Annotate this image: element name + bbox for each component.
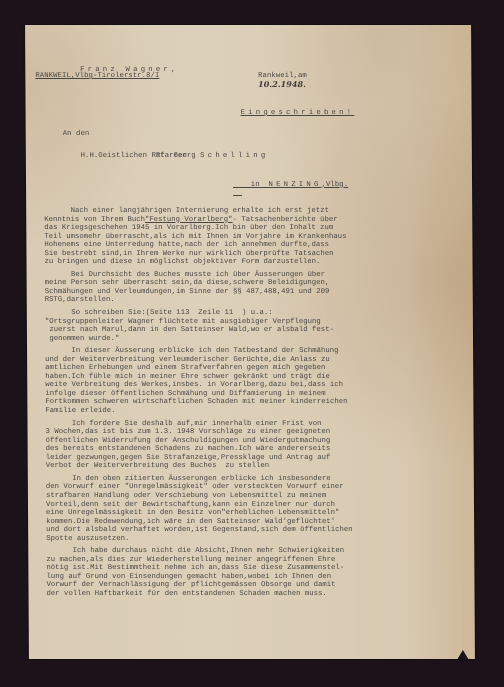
body-line: Schmähungen und Verleumdungen,im Sinne d… bbox=[45, 288, 445, 297]
body-line: Vorteil,denn seit der Bewirtschaftung,ka… bbox=[46, 501, 446, 510]
body-line: öffentlichen Widerrufung der Anschuldigu… bbox=[46, 437, 446, 446]
body-line: eine Unregelmässigkeit in den Besitz von… bbox=[46, 509, 446, 518]
body-line: meine Person sehr überrascht sein,da die… bbox=[45, 279, 445, 288]
body-line: zuerst nach Marul,dann in den Satteinser… bbox=[45, 326, 445, 335]
body-line: den Vorwurf einer "Unregelmässigkeit" od… bbox=[46, 483, 446, 492]
body-line: und dort alsbald verhaftet worden,ist Ge… bbox=[46, 526, 446, 535]
body-line: zu machen,als dies zur Wiederherstellung… bbox=[46, 556, 446, 565]
sender-address: RANKWEIL,Vlbg-Tirolerstr.8/I bbox=[35, 72, 159, 81]
body-line: kommen.Die Redewendung,ich wäre in den S… bbox=[46, 518, 446, 527]
body-line: Hohenems eine Unterredung hatte,nach der… bbox=[44, 241, 444, 250]
body-line: In dieser Äusserung erblicke ich den Tat… bbox=[45, 347, 445, 356]
body-line: und der Weiterverbreitung verleumderisch… bbox=[45, 356, 445, 365]
handwritten-date: 10.2.1948. bbox=[258, 79, 306, 89]
book-title: "Festung Vorarlberg" bbox=[145, 216, 233, 224]
registered-mail-label: Eingeschrieben! bbox=[241, 109, 355, 118]
body-line: Spotte auszusetzen. bbox=[46, 535, 446, 544]
body-line: Bei Durchsicht des Buches musste ich übe… bbox=[45, 271, 445, 280]
body-line: Verbot der Weiterverbreitung des Buches … bbox=[46, 462, 446, 471]
body-line: weite Verbreitung des Werkes,insbes. in … bbox=[45, 381, 445, 390]
body-line: zu bringen und diese in möglichst objekt… bbox=[44, 258, 444, 267]
recipient-salutation: An den bbox=[63, 130, 90, 139]
body-line: strafbaren Handlung oder Verschiebung vo… bbox=[46, 492, 446, 501]
recipient-position: Pfarrer bbox=[156, 152, 187, 161]
body-line: Nach einer langjährigen Internierung erh… bbox=[44, 207, 444, 216]
body-line: genommen wurde." bbox=[45, 335, 445, 344]
body-line: das Kriegsgeschehen 1945 in Vorarlberg.I… bbox=[44, 224, 444, 233]
body-line: leider gezwungen,gegen Sie Strafanzeige,… bbox=[46, 454, 446, 463]
place-date: Rankweil,am 10.2.1948. bbox=[240, 63, 307, 99]
body-line: haben.Ich fühle mich in meiner Ehre schw… bbox=[45, 373, 445, 382]
body-line: So schreiben Sie:(Seite 113 Zeile 11 ) u… bbox=[45, 309, 445, 318]
body-line: Fortkommen schweren wirtschaftlichen Sch… bbox=[45, 398, 445, 407]
body-line: Ich fordere Sie deshalb auf,mir innerhal… bbox=[45, 420, 445, 429]
letter-page: Franz Wagner, RANKWEIL,Vlbg-Tirolerstr.8… bbox=[25, 25, 475, 659]
body-line: "Ortsgruppenleiter Wagner flüchtete mit … bbox=[45, 318, 445, 327]
location-suffix: ,Vlbg. bbox=[322, 181, 349, 189]
body-line: Vorwurf der Vernachlässigung der pflicht… bbox=[46, 581, 446, 590]
body-line: In den oben zitierten Äusserungen erblic… bbox=[46, 475, 446, 484]
body-line: Familie erleide. bbox=[45, 407, 445, 416]
body-line: nötig ist.Mit Bestimmtheit nehme ich an,… bbox=[46, 564, 446, 573]
body-line: 3 Wochen,das ist bis zum 1.3. 1948 Vorsc… bbox=[46, 428, 446, 437]
letter-body: Nach einer langjährigen Internierung erh… bbox=[44, 207, 446, 599]
body-line: RSTG,darstellen. bbox=[45, 296, 445, 305]
body-line: amtlichen Erhebungen und einem Strafverf… bbox=[45, 364, 445, 373]
body-line: Sie bestrebt sind,in Ihrem Werke nur wir… bbox=[44, 250, 444, 259]
mount-corner bbox=[457, 650, 469, 660]
recipient-surname: Schelling bbox=[200, 152, 268, 160]
body-line: lung auf Grund von Einsendungen gemacht … bbox=[46, 573, 446, 582]
body-line: Teil umsomehr überrascht,als ich mit Ihn… bbox=[44, 233, 444, 242]
location-town: NENZING bbox=[268, 181, 321, 189]
recipient-location: in NENZING,Vlbg. bbox=[233, 172, 348, 198]
body-line: der vollen Haftbarkeit für den entstande… bbox=[47, 590, 447, 599]
body-line: Kenntnis von Ihrem Buch"Festung Vorarlbe… bbox=[44, 216, 444, 225]
body-line: des bereits entstandenen Schadens zu mac… bbox=[46, 445, 446, 454]
body-line: infolge dieser öffentlichen Schmähung un… bbox=[45, 390, 445, 399]
body-line: Ich habe durchaus nicht die Absicht,Ihne… bbox=[46, 547, 446, 556]
location-prefix: in bbox=[251, 181, 260, 189]
